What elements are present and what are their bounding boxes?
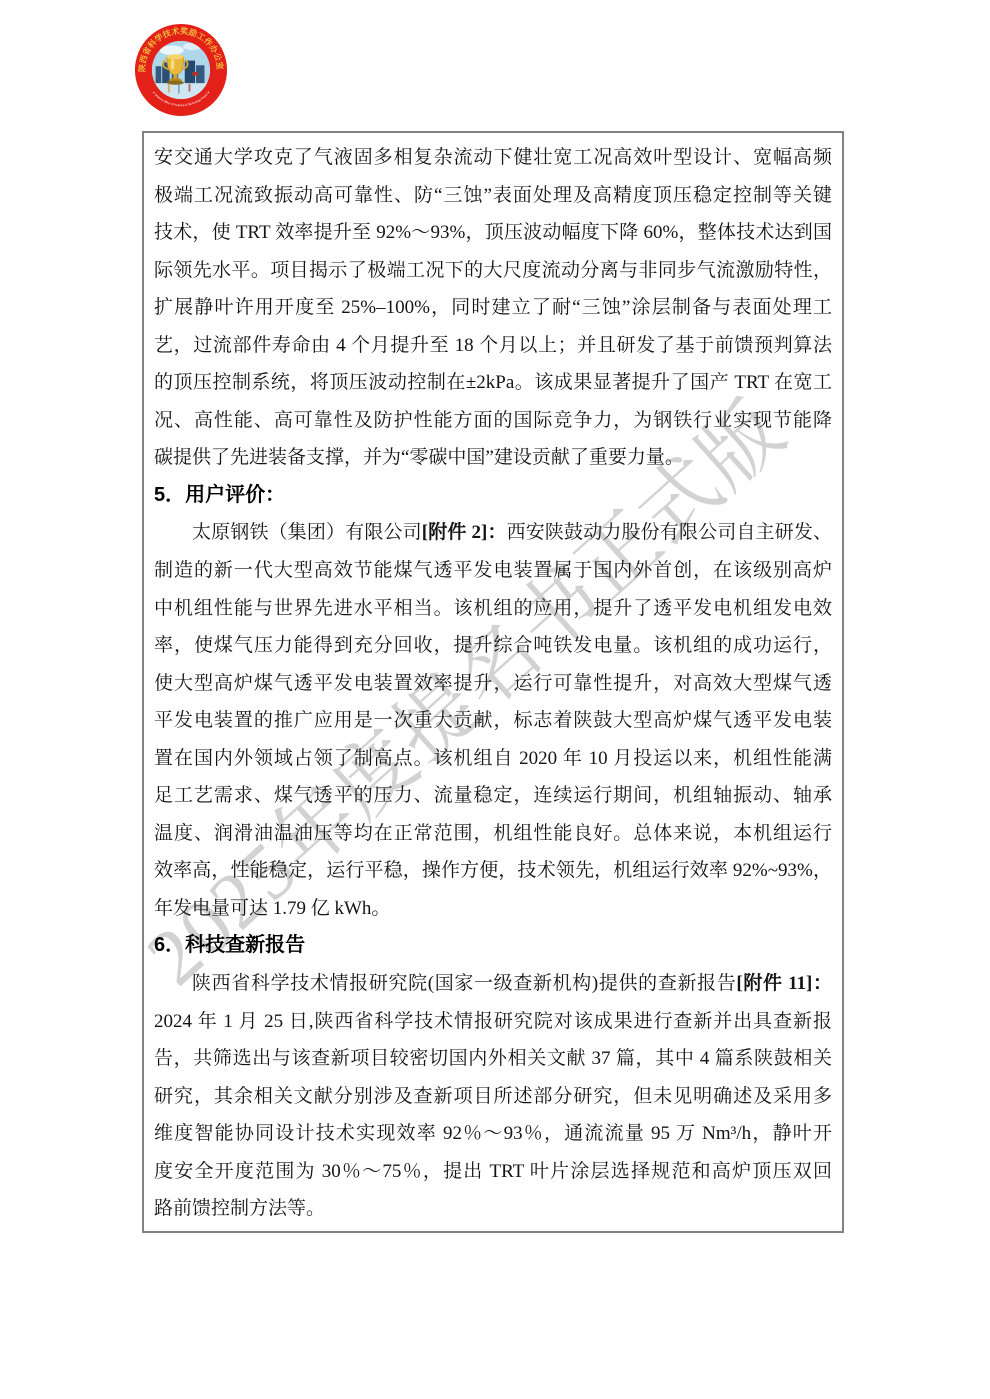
text-line: 扩展静叶许用开度至 25%–100%，同时建立了耐“三蚀”涂层制备与表面处理工	[154, 289, 832, 327]
text-line: 使大型高炉煤气透平发电装置效率提升，运行可靠性提升，对高效大型煤气透	[154, 665, 832, 703]
section-heading: 6．科技查新报告	[154, 927, 832, 965]
text-line: 平发电装置的推广应用是一次重大贡献，标志着陕鼓大型高炉煤气透平发电装	[154, 702, 832, 740]
text-line: 维度智能协同设计技术实现效率 92％～93％，通流流量 95 万 Nm³/h，静…	[154, 1115, 832, 1153]
text-line: 置在国内外领域占领了制高点。该机组自 2020 年 10 月投运以来，机组性能满	[154, 740, 832, 778]
text-line: 效率高，性能稳定，运行平稳，操作方便，技术领先，机组运行效率 92%~93%，	[154, 852, 832, 890]
text-line: 的顶压控制系统，将顶压波动控制在±2kPa。该成果显著提升了国产 TRT 在宽工	[154, 364, 832, 402]
text-line: 安交通大学攻克了气液固多相复杂流动下健壮宽工况高效叶型设计、宽幅高频	[154, 139, 832, 177]
content-table: 安交通大学攻克了气液固多相复杂流动下健壮宽工况高效叶型设计、宽幅高频极端工况流致…	[142, 131, 844, 1233]
award-office-seal: 陕西省科学技术奖励工作办公室 ★ Shaanxi Office Of Scien…	[134, 23, 228, 117]
text-line: 艺，过流部件寿命由 4 个月提升至 18 个月以上；并且研发了基于前馈预判算法	[154, 327, 832, 365]
document-body: 安交通大学攻克了气液固多相复杂流动下健壮宽工况高效叶型设计、宽幅高频极端工况流致…	[154, 139, 832, 1228]
section-heading: 5．用户评价：	[154, 477, 832, 515]
text-line: 际领先水平。项目揭示了极端工况下的大尺度流动分离与非同步气流激励特性，	[154, 252, 832, 290]
text-line: 2024 年 1 月 25 日,陕西省科学技术情报研究院对该成果进行查新并出具查…	[154, 1003, 832, 1041]
text-line: 路前馈控制方法等。	[154, 1190, 832, 1228]
text-line: 度安全开度范围为 30％～75％，提出 TRT 叶片涂层选择规范和高炉顶压双回	[154, 1153, 832, 1191]
document-page: 陕西省科学技术奖励工作办公室 ★ Shaanxi Office Of Scien…	[0, 0, 990, 1399]
text-line: 陕西省科学技术情报研究院(国家一级查新机构)提供的查新报告[附件 11]：	[154, 965, 832, 1003]
text-line: 研究，其余相关文献分别涉及查新项目所述部分研究，但未见明确述及采用多	[154, 1078, 832, 1116]
text-line: 极端工况流致振动高可靠性、防“三蚀”表面处理及高精度顶压稳定控制等关键	[154, 177, 832, 215]
text-line: 年发电量可达 1.79 亿 kWh。	[154, 890, 832, 928]
text-line: 制造的新一代大型高效节能煤气透平发电装置属于国内外首创，在该级别高炉	[154, 552, 832, 590]
text-line: 技术，使 TRT 效率提升至 92%～93%，顶压波动幅度下降 60%，整体技术…	[154, 214, 832, 252]
text-line: 率，使煤气压力能得到充分回收，提升综合吨铁发电量。该机组的成功运行，	[154, 627, 832, 665]
text-line: 碳提供了先进装备支撑，并为“零碳中国”建设贡献了重要力量。	[154, 439, 832, 477]
text-line: 太原钢铁（集团）有限公司[附件 2]：西安陕鼓动力股份有限公司自主研发、	[154, 514, 832, 552]
text-line: 足工艺需求、煤气透平的压力、流量稳定，连续运行期间，机组轴振动、轴承	[154, 777, 832, 815]
seal-photo	[152, 41, 210, 99]
text-line: 温度、润滑油温油压等均在正常范围，机组性能良好。总体来说，本机组运行	[154, 815, 832, 853]
text-line: 况、高性能、高可靠性及防护性能方面的国际竞争力，为钢铁行业实现节能降	[154, 402, 832, 440]
text-line: 告，共筛选出与该查新项目较密切国内外相关文献 37 篇，其中 4 篇系陕鼓相关	[154, 1040, 832, 1078]
text-line: 中机组性能与世界先进水平相当。该机组的应用，提升了透平发电机组发电效	[154, 590, 832, 628]
